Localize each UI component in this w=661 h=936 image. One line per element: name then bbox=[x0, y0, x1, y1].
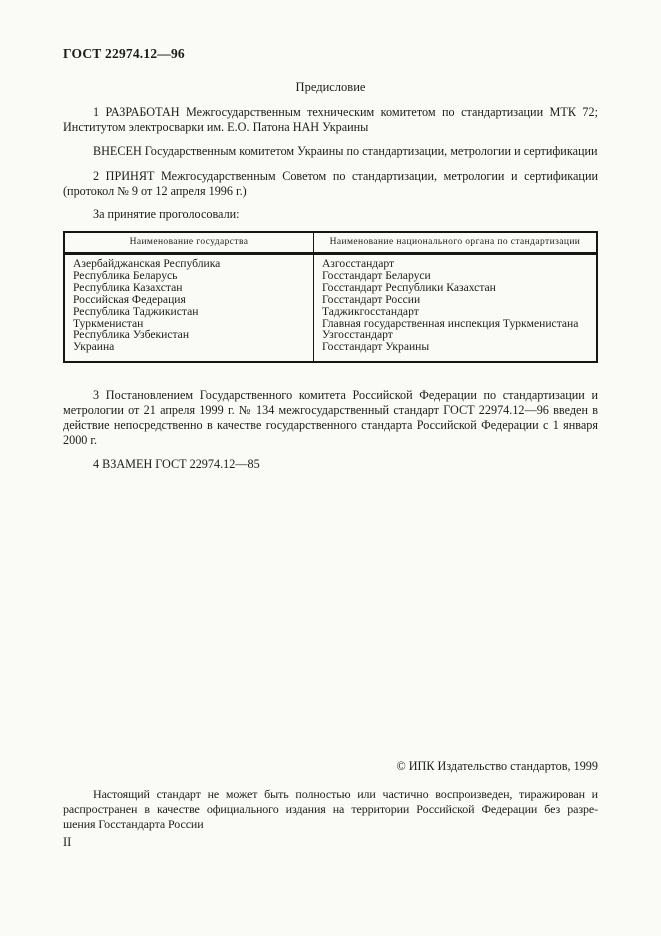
cell-org: Госстандарт Республики Казахстан bbox=[313, 282, 597, 294]
copyright-line: © ИПК Издательство стандартов, 1999 bbox=[63, 759, 598, 774]
cell-country: Республика Таджикистан bbox=[64, 306, 313, 318]
cell-country: Республика Казахстан bbox=[64, 282, 313, 294]
cell-country: Украина bbox=[64, 341, 313, 362]
page-title: Предисловие bbox=[63, 80, 598, 95]
doc-code: ГОСТ 22974.12—96 bbox=[63, 46, 598, 62]
document-page: ГОСТ 22974.12—96 Предисловие 1 РАЗРАБОТА… bbox=[0, 0, 661, 936]
table-row: Украина Госстандарт Украины bbox=[64, 341, 597, 362]
footer-note: Настоящий стандарт не может быть полност… bbox=[63, 787, 598, 832]
footer-line: Настоящий стандарт не может быть полност… bbox=[63, 787, 598, 802]
paragraph-submitted: ВНЕСЕН Государственным комитетом Украины… bbox=[63, 144, 598, 159]
table-row: Азербайджанская Республика Азгосстандарт bbox=[64, 254, 597, 270]
cell-org: Госстандарт Украины bbox=[313, 341, 597, 362]
table-row: Российская Федерация Госстандарт России bbox=[64, 294, 597, 306]
table-header-row: Наименование государства Наименование на… bbox=[64, 232, 597, 254]
table-header-org: Наименование национального органа по ста… bbox=[313, 232, 597, 254]
table-row: Республика Таджикистан Таджикгосстандарт bbox=[64, 306, 597, 318]
page-number: II bbox=[63, 835, 598, 850]
table-header-country: Наименование государства bbox=[64, 232, 313, 254]
voting-table: Наименование государства Наименование на… bbox=[63, 231, 598, 363]
cell-org: Госстандарт России bbox=[313, 294, 597, 306]
cell-country: Азербайджанская Республика bbox=[64, 254, 313, 270]
cell-org: Азгосстандарт bbox=[313, 254, 597, 270]
cell-country: Российская Федерация bbox=[64, 294, 313, 306]
paragraph-decree: 3 Постановлением Государственного комите… bbox=[63, 388, 598, 448]
vote-intro: За принятие проголосовали: bbox=[63, 207, 598, 222]
footer-line: распространен в качестве официального из… bbox=[63, 802, 598, 817]
paragraph-developed: 1 РАЗРАБОТАН Межгосударственным техничес… bbox=[63, 105, 598, 135]
footer-line: шения Госстандарта России bbox=[63, 817, 598, 832]
paragraph-replaces: 4 ВЗАМЕН ГОСТ 22974.12—85 bbox=[63, 457, 598, 472]
cell-org: Таджикгосстандарт bbox=[313, 306, 597, 318]
table-row: Республика Казахстан Госстандарт Республ… bbox=[64, 282, 597, 294]
paragraph-adopted: 2 ПРИНЯТ Межгосударственным Советом по с… bbox=[63, 169, 598, 199]
